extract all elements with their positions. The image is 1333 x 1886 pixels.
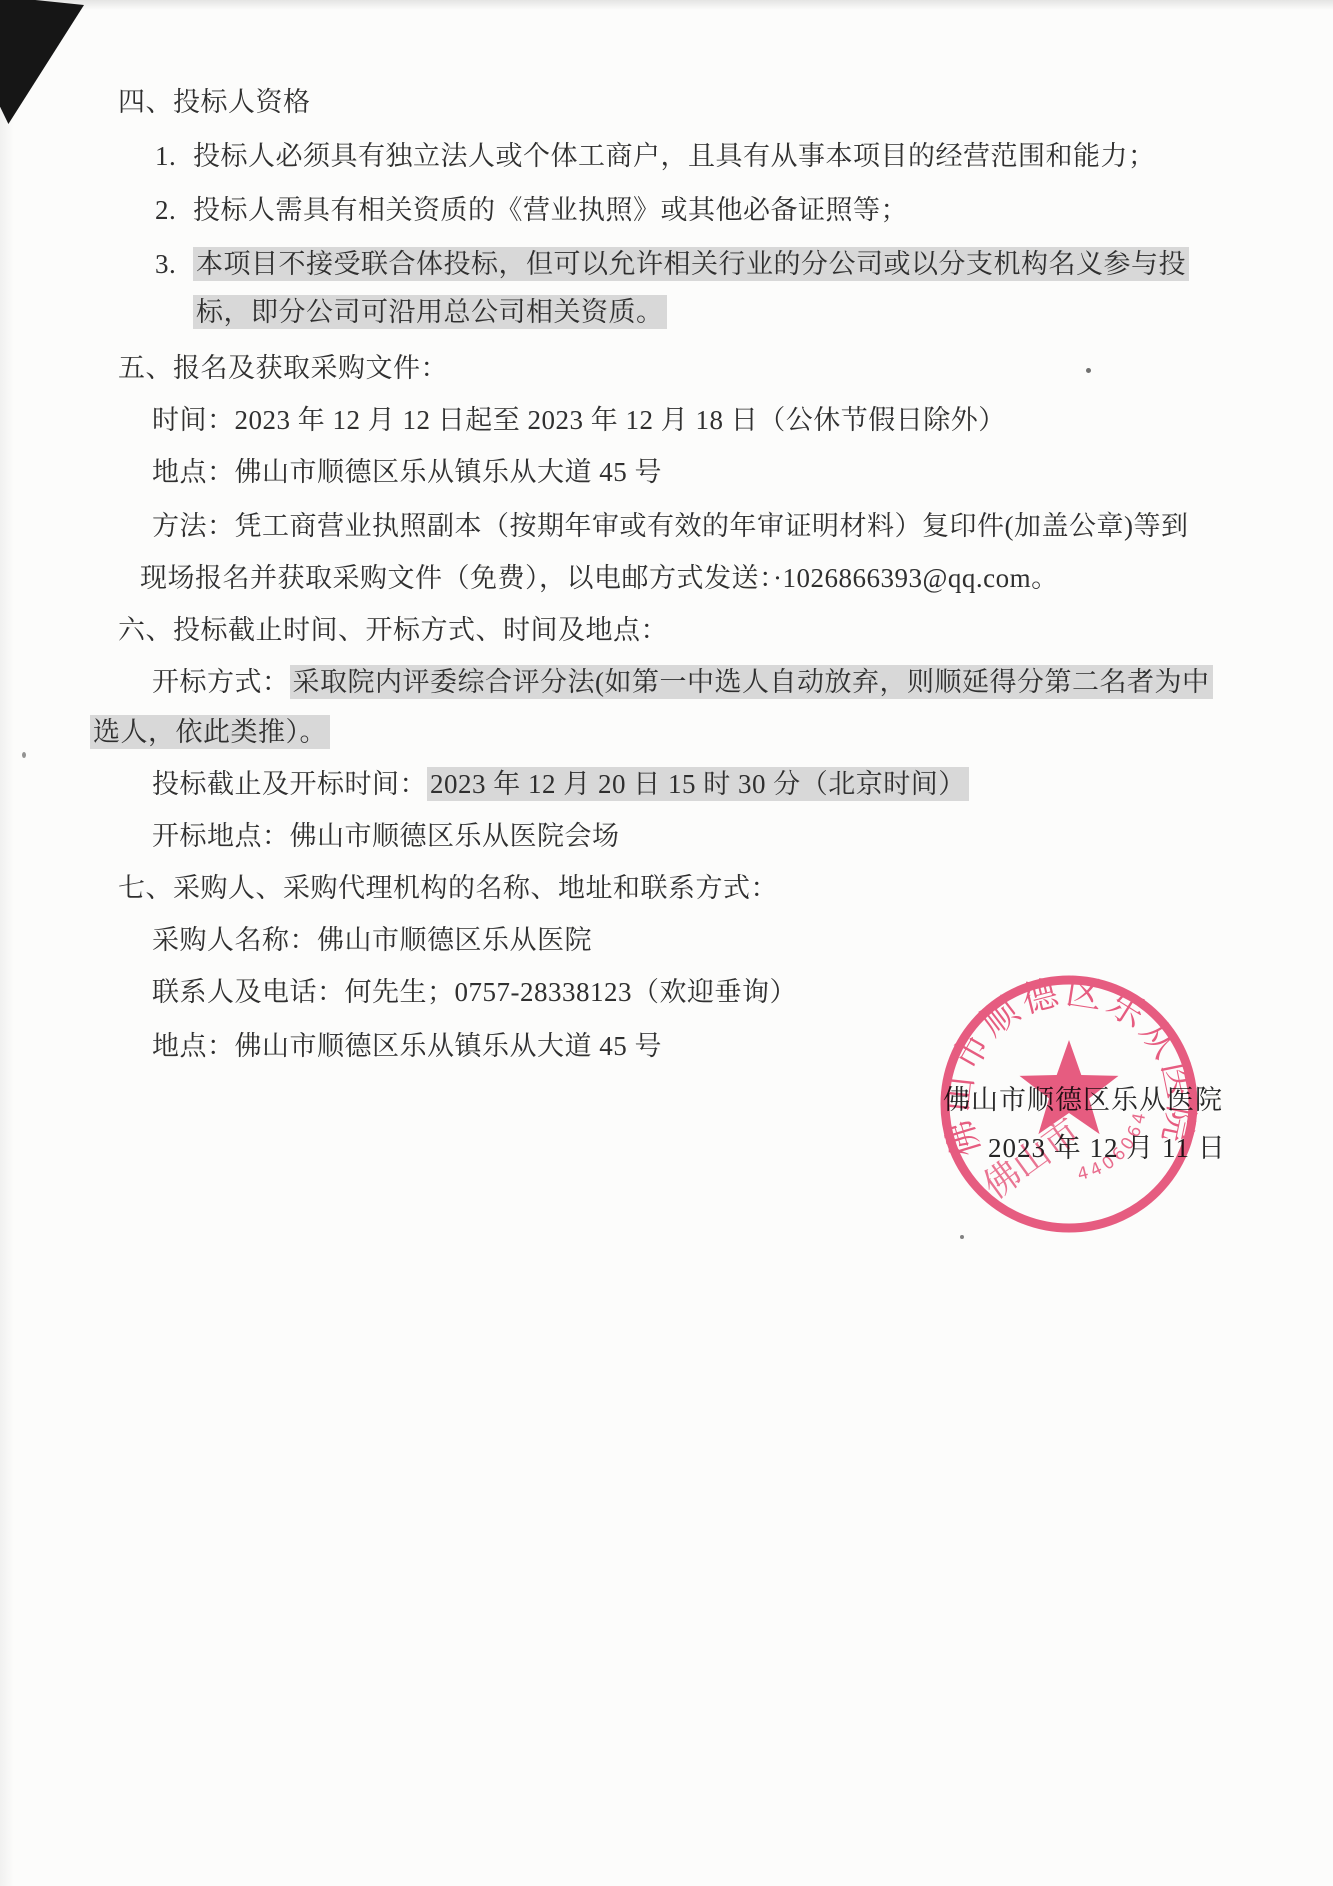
section4-item3-line1: 3.本项目不接受联合体投标，但可以允许相关行业的分公司或以分支机构名义参与投 (155, 246, 1189, 282)
deadline-label: 投标截止及开标时间： (152, 769, 427, 799)
section4-item3-line2: 标，即分公司可沿用总公司相关资质。 (193, 294, 667, 330)
registration-method-line1: 方法：凭工商营业执照副本（按期年审或有效的年审证明材料）复印件(加盖公章)等到 (152, 511, 1188, 541)
scan-speck (22, 752, 26, 758)
deadline-value: 2023 年 12 月 20 日 15 时 30 分（北京时间） (427, 767, 969, 801)
section6-venue: 开标地点：佛山市顺德区乐从医院会场 (152, 818, 620, 854)
section5-heading: 五、报名及获取采购文件： (118, 350, 448, 386)
buyer-name: 采购人名称：佛山市顺德区乐从医院 (152, 925, 592, 955)
registration-time: 时间：2023 年 12 月 12 日起至 2023 年 12 月 18 日（公… (152, 405, 1006, 435)
section5-time: 时间：2023 年 12 月 12 日起至 2023 年 12 月 18 日（公… (152, 402, 1006, 438)
section7-address: 地点：佛山市顺德区乐从镇乐从大道 45 号 (152, 1028, 662, 1064)
seal-graphic: 佛山市顺德区乐从医院 4406064509 佛山市 (933, 968, 1205, 1248)
section6-heading-text: 六、投标截止时间、开标方式、时间及地点： (118, 615, 668, 645)
section4-item2: 2.投标人需具有相关资质的《营业执照》或其他必备证照等； (155, 192, 908, 228)
item3-text-line2: 标，即分公司可沿用总公司相关资质。 (193, 295, 667, 329)
official-seal-stamp: 佛山市顺德区乐从医院 4406064509 佛山市 (933, 968, 1205, 1248)
section4-item1: 1.投标人必须具有独立法人或个体工商户，且具有从事本项目的经营范围和能力； (155, 138, 1156, 174)
scan-corner-artifact (0, 0, 84, 124)
open-method-value: 采取院内评委综合评分法(如第一中选人自动放弃，则顺延得分第二名者为中 (290, 665, 1213, 699)
item2-text: 投标人需具有相关资质的《营业执照》或其他必备证照等； (193, 195, 908, 225)
bid-opening-venue: 开标地点：佛山市顺德区乐从医院会场 (152, 821, 620, 851)
registration-method-line2: 现场报名并获取采购文件（免费），以电邮方式发送：·1026866393@qq.c… (140, 563, 1059, 593)
section7-buyer: 采购人名称：佛山市顺德区乐从医院 (152, 922, 592, 958)
scan-speck (1086, 368, 1091, 373)
section6-heading: 六、投标截止时间、开标方式、时间及地点： (118, 612, 668, 648)
item1-number: 1. (155, 138, 193, 174)
scan-speck (960, 1235, 964, 1239)
seal-ghost-text: 佛山市 (976, 1111, 1087, 1207)
section6-open-method: 开标方式：采取院内评委综合评分法(如第一中选人自动放弃，则顺延得分第二名者为中 (152, 664, 1213, 700)
section7-heading: 七、采购人、采购代理机构的名称、地址和联系方式： (118, 870, 778, 906)
section7-contact: 联系人及电话：何先生；0757-28338123（欢迎垂询） (152, 974, 797, 1010)
section5-place: 地点：佛山市顺德区乐从镇乐从大道 45 号 (152, 454, 662, 490)
buyer-address: 地点：佛山市顺德区乐从镇乐从大道 45 号 (152, 1031, 662, 1061)
section4-heading: 四、投标人资格 (118, 84, 311, 120)
item3-number: 3. (155, 246, 193, 282)
section5-heading-text: 五、报名及获取采购文件： (118, 353, 448, 383)
item1-text: 投标人必须具有独立法人或个体工商户，且具有从事本项目的经营范围和能力； (193, 141, 1156, 171)
section7-heading-text: 七、采购人、采购代理机构的名称、地址和联系方式： (118, 873, 778, 903)
document-page: 四、投标人资格 1.投标人必须具有独立法人或个体工商户，且具有从事本项目的经营范… (0, 0, 1333, 1886)
contact-person-phone: 联系人及电话：何先生；0757-28338123（欢迎垂询） (152, 977, 797, 1007)
section5-method-line2: 现场报名并获取采购文件（免费），以电邮方式发送：·1026866393@qq.c… (140, 560, 1059, 596)
section6-open-method-cont: 选人，依此类推）。 (90, 714, 330, 750)
open-method-label: 开标方式： (152, 667, 290, 697)
open-method-continuation: 选人，依此类推）。 (90, 715, 330, 749)
registration-place: 地点：佛山市顺德区乐从镇乐从大道 45 号 (152, 457, 662, 487)
section6-deadline: 投标截止及开标时间：2023 年 12 月 20 日 15 时 30 分（北京时… (152, 766, 969, 802)
section5-method-line1: 方法：凭工商营业执照副本（按期年审或有效的年审证明材料）复印件(加盖公章)等到 (152, 508, 1188, 544)
section4-heading-text: 四、投标人资格 (118, 87, 311, 117)
item2-number: 2. (155, 192, 193, 228)
item3-text-line1: 本项目不接受联合体投标，但可以允许相关行业的分公司或以分支机构名义参与投 (193, 247, 1189, 281)
